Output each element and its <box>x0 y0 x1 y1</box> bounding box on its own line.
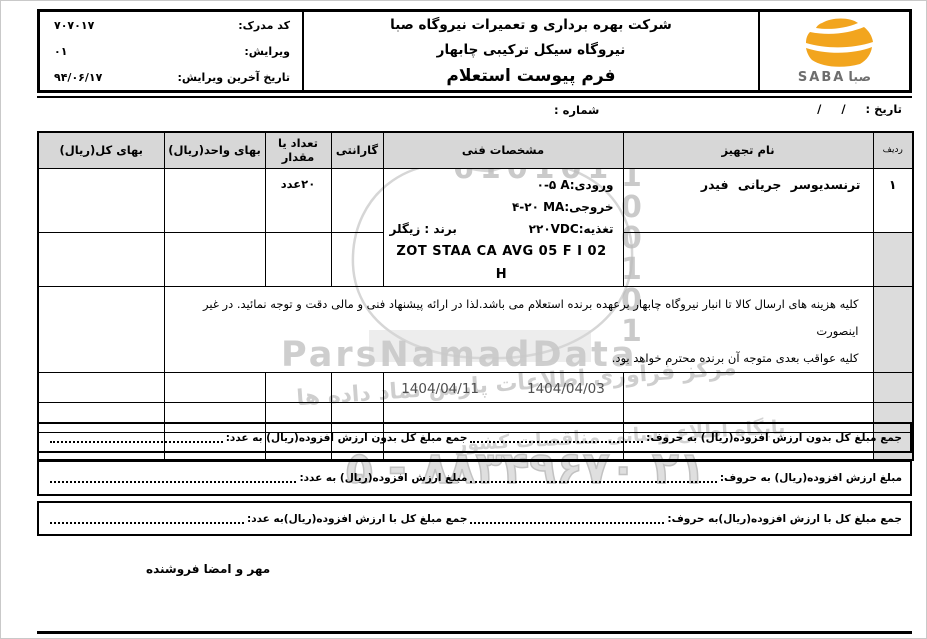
spec-supply: تغذیه:۲۲۰VDC <box>529 218 614 240</box>
quantity-cell <box>265 232 331 286</box>
spec-input-label: ورودی: <box>570 178 614 192</box>
fill-in-line <box>470 522 664 524</box>
spec-supply-label: تغذیه: <box>579 222 614 236</box>
vat-digits-label: مبلغ ارزش افزوده(ریال) به عدد: <box>299 472 467 484</box>
unit-price-cell <box>164 372 265 402</box>
col-header-total-price: بهای کل(ریال) <box>38 132 164 168</box>
quantity-cell <box>265 372 331 402</box>
total-price-cell <box>38 232 164 286</box>
row-no-cell: ۱ <box>873 168 913 232</box>
spec-model-code: ZOT STAA CA AVG 05 F I 02 H <box>390 240 614 286</box>
spec-output-value: ۴-۲۰ MA <box>512 200 564 214</box>
summary-vat-row: مبلغ ارزش افزوده(ریال) به حروف: مبلغ ارز… <box>37 460 912 496</box>
company-name: شرکت بهره برداری و تعمیرات نیروگاه صبا <box>390 17 672 33</box>
total-without-vat-words-label: جمع مبلغ کل بدون ارزش افزوده(ریال) به حر… <box>646 432 902 444</box>
doc-last-revision-label: تاریخ آخرین ویرایش: <box>177 71 290 84</box>
spec-output-line: خروجی:۴-۲۰ MA <box>390 196 614 218</box>
doc-code-value: ۷۰۷۰۱۷ <box>54 19 94 32</box>
document-meta-box: کد مدرک: ۷۰۷۰۱۷ ویرایش: ۰۱ تاریخ آخرین و… <box>40 12 304 90</box>
doc-code-row: کد مدرک: ۷۰۷۰۱۷ <box>54 19 290 32</box>
equipment-cell <box>623 372 873 402</box>
date-value-b: 1404/04/03 <box>527 381 605 397</box>
unit-price-cell <box>164 168 265 232</box>
note-row: کلیه هزینه های ارسال کالا تا انبار نیروگ… <box>38 286 913 372</box>
fill-in-line <box>470 481 716 483</box>
header-titles: شرکت بهره برداری و تعمیرات نیروگاه صبا ن… <box>304 12 758 90</box>
row-no-cell <box>873 372 913 402</box>
col-header-equipment: نام تجهیز <box>623 132 873 168</box>
bottom-rule <box>37 631 912 634</box>
warranty-cell <box>331 168 383 232</box>
spec-supply-brand-line: تغذیه:۲۲۰VDC برند : زیگلر <box>390 218 614 240</box>
logo-arabic-text: صبا <box>848 70 871 85</box>
row-no-cell <box>873 286 913 372</box>
doc-revision-row: ویرایش: ۰۱ <box>54 45 290 58</box>
date-slash-1: / <box>841 102 845 116</box>
inquiry-form-page: 610101 1 0 0 1 0 1 ParsNamadData مرکز فر… <box>0 0 927 639</box>
total-with-vat-words-label: جمع مبلغ کل با ارزش افزوده(ریال)به حروف: <box>667 513 902 525</box>
col-header-specs: مشخصات فنی <box>383 132 623 168</box>
quantity-cell: ۲۰عدد <box>265 168 331 232</box>
table-row: ۱ ترنسدیوسر جریانی فیدر ورودی:۰-۵ A خروج… <box>38 168 913 232</box>
dates-cell: 1404/04/11 1404/04/03 <box>383 372 623 402</box>
table-header-row: ردیف نام تجهیز مشخصات فنی گارانتی تعداد … <box>38 132 913 168</box>
vat-words-label: مبلغ ارزش افزوده(ریال) به حروف: <box>720 472 902 484</box>
logo-latin-text: SABA <box>798 70 845 85</box>
note-line-1: کلیه هزینه های ارسال کالا تا انبار نیروگ… <box>203 297 858 338</box>
date-slash-2: / <box>817 102 821 116</box>
logo-wordmark: SABA صبا <box>798 70 871 85</box>
col-header-row-no: ردیف <box>873 132 913 168</box>
total-price-cell <box>38 372 164 402</box>
total-price-cell <box>38 286 164 372</box>
number-field: شماره : <box>554 103 599 117</box>
seller-signature-label: مهر و امضا فروشنده <box>146 562 270 576</box>
dates-row: 1404/04/11 1404/04/03 <box>38 372 913 402</box>
total-without-vat-digits-label: جمع مبلغ کل بدون ارزش افزوده(ریال) به عد… <box>226 432 468 444</box>
date-field: تاریخ : / / <box>817 102 902 116</box>
form-title: فرم پیوست استعلام <box>446 66 615 86</box>
header-divider <box>37 96 912 98</box>
saba-logo-icon <box>792 17 878 69</box>
note-line-2: کلیه عواقب بعدی متوجه آن برنده محترم خوا… <box>612 351 859 365</box>
summary-total-without-vat-row: جمع مبلغ کل بدون ارزش افزوده(ریال) به حر… <box>37 422 912 453</box>
spec-input-line: ورودی:۰-۵ A <box>390 174 614 196</box>
col-header-warranty: گارانتی <box>331 132 383 168</box>
doc-revision-value: ۰۱ <box>54 45 67 58</box>
fill-in-line <box>50 481 296 483</box>
date-label: تاریخ : <box>866 102 902 116</box>
spec-input-value: ۰-۵ A <box>537 178 570 192</box>
header-box: کد مدرک: ۷۰۷۰۱۷ ویرایش: ۰۱ تاریخ آخرین و… <box>37 9 912 93</box>
warranty-cell <box>331 372 383 402</box>
fill-in-line <box>50 522 244 524</box>
total-price-cell <box>38 168 164 232</box>
shipping-note-cell: کلیه هزینه های ارسال کالا تا انبار نیروگ… <box>164 286 873 372</box>
row-no-cell <box>873 232 913 286</box>
equipment-cell <box>623 232 873 286</box>
total-with-vat-digits-label: جمع مبلغ کل با ارزش افزوده(ریال)به عدد: <box>247 513 467 525</box>
fill-in-line <box>50 441 223 443</box>
doc-code-label: کد مدرک: <box>238 19 290 32</box>
items-table: ردیف نام تجهیز مشخصات فنی گارانتی تعداد … <box>37 131 914 461</box>
deadline-dates: 1404/04/11 1404/04/03 <box>384 378 623 397</box>
warranty-cell <box>331 232 383 286</box>
company-logo: SABA صبا <box>758 12 909 90</box>
col-header-unit-price: بهای واحد(ریال) <box>164 132 265 168</box>
spec-brand: برند : زیگلر <box>390 218 457 240</box>
plant-name: نیروگاه سیکل ترکیبی چابهار <box>437 42 626 58</box>
doc-last-revision-value: ۹۴/۰۶/۱۷ <box>54 71 102 84</box>
spec-output-label: خروجی: <box>564 200 613 214</box>
unit-price-cell <box>164 232 265 286</box>
summary-total-with-vat-row: جمع مبلغ کل با ارزش افزوده(ریال)به حروف:… <box>37 501 912 536</box>
fill-in-line <box>470 441 643 443</box>
date-value-a: 1404/04/11 <box>401 381 479 397</box>
equipment-cell: ترنسدیوسر جریانی فیدر <box>623 168 873 232</box>
spec-supply-value: ۲۲۰VDC <box>529 222 579 236</box>
doc-last-revision-row: تاریخ آخرین ویرایش: ۹۴/۰۶/۱۷ <box>54 71 290 84</box>
specs-cell: ورودی:۰-۵ A خروجی:۴-۲۰ MA تغذیه:۲۲۰VDC ب… <box>383 168 623 286</box>
doc-revision-label: ویرایش: <box>244 45 290 58</box>
col-header-quantity: تعداد یا مقدار <box>265 132 331 168</box>
